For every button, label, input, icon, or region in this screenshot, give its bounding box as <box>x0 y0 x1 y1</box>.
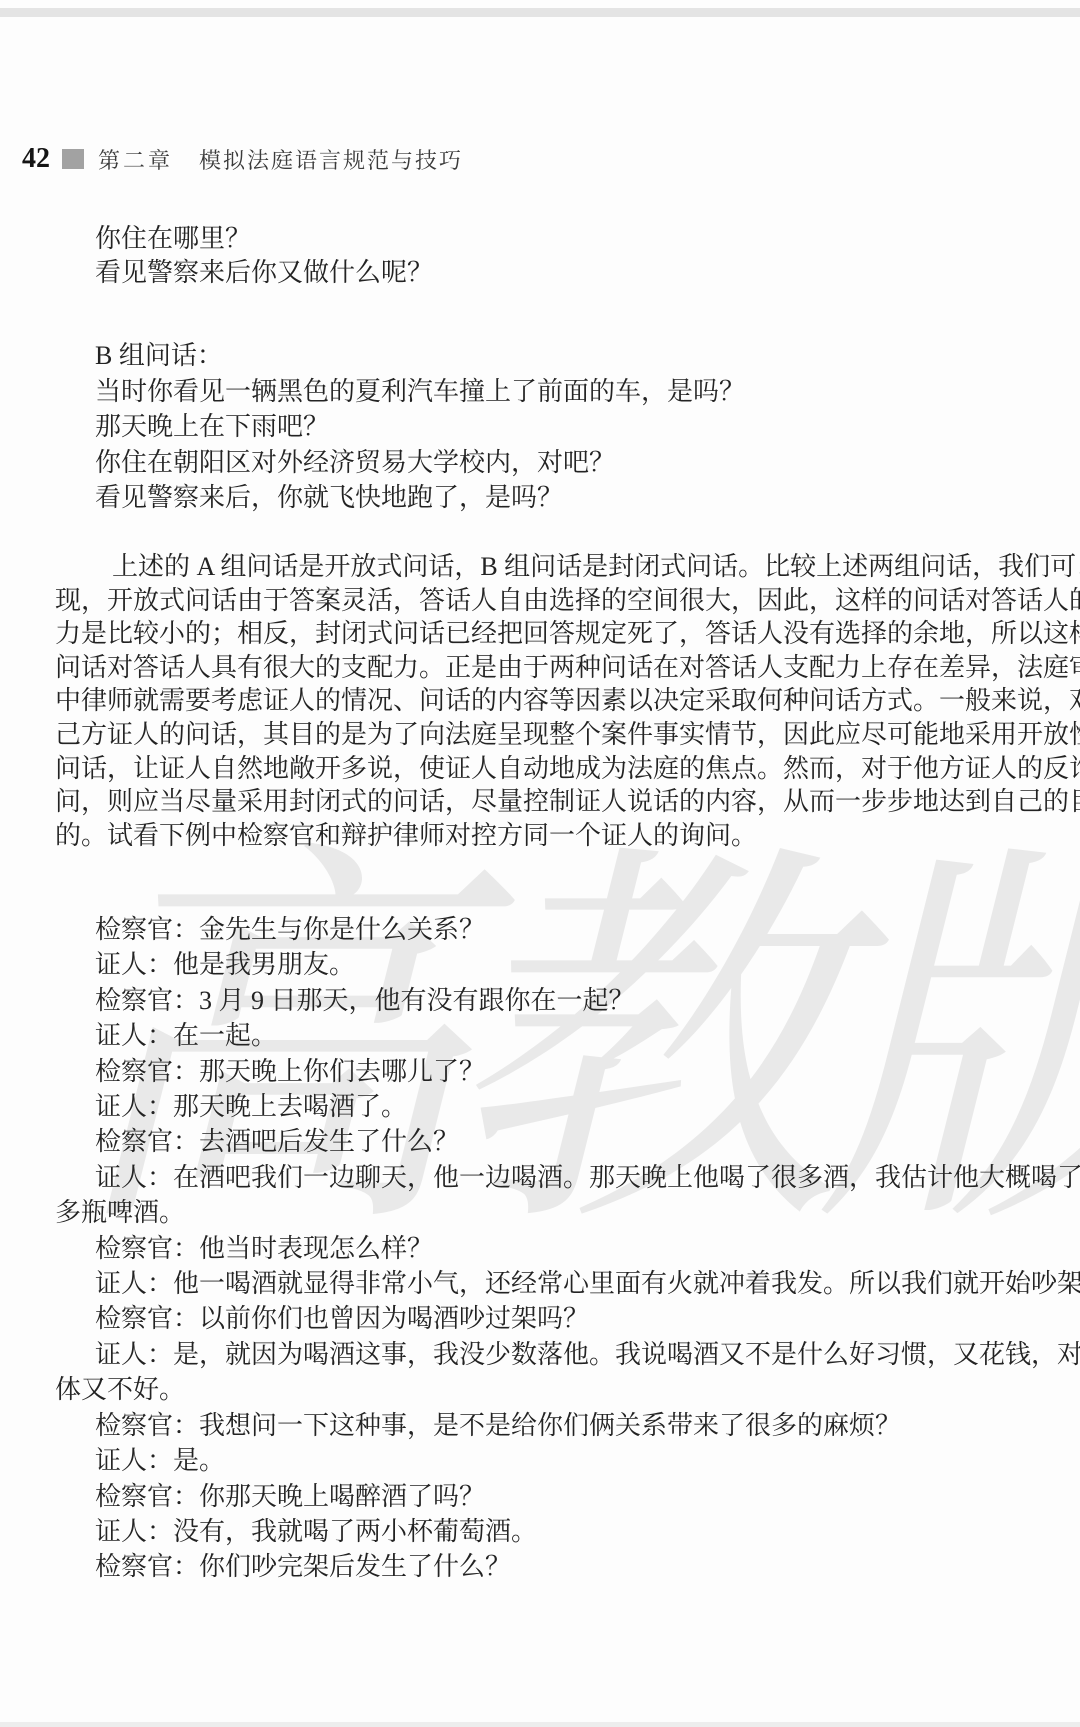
text-line: 检察官：那天晚上你们去哪儿了？ <box>95 1054 1035 1089</box>
examination-dialogue: 检察官：金先生与你是什么关系？证人：他是我男朋友。检察官：3 月 9 日那天，他… <box>55 912 1035 1585</box>
page-top-edge-strip <box>0 8 1080 17</box>
text-line: 检察官：3 月 9 日那天，他有没有跟你在一起？ <box>95 983 1035 1018</box>
text-line: 的。试看下例中检察官和辩护律师对控方同一个证人的询问。 <box>55 819 1035 853</box>
chapter-label: 第二章 <box>98 144 173 175</box>
text-line: 证人：他是我男朋友。 <box>95 947 1035 982</box>
text-line: 证人：那天晚上去喝酒了。 <box>95 1089 1035 1124</box>
text-line: 那天晚上在下雨吧？ <box>95 409 1035 445</box>
text-line: 多瓶啤酒。 <box>55 1195 1035 1230</box>
page-number: 42 <box>22 143 50 175</box>
text-line: 问话，让证人自然地敞开多说，使证人自动地成为法庭的焦点。然而，对于他方证人的反询 <box>55 752 1035 786</box>
text-line: 上述的 A 组问话是开放式问话，B 组问话是封闭式问话。比较上述两组问话，我们可… <box>55 550 1035 584</box>
text-line: 证人：在酒吧我们一边聊天，他一边喝酒。那天晚上他喝了很多酒，我估计他大概喝了十 <box>95 1160 1035 1195</box>
text-line: 证人：是，就因为喝酒这事，我没少数落他。我说喝酒又不是什么好习惯，又花钱，对身 <box>95 1337 1035 1372</box>
text-line: 检察官：去酒吧后发生了什么？ <box>95 1124 1035 1159</box>
text-line: 检察官：他当时表现怎么样？ <box>95 1231 1035 1266</box>
running-header: 42 第二章 模拟法庭语言规范与技巧 <box>22 143 463 175</box>
chapter-title: 模拟法庭语言规范与技巧 <box>199 144 463 175</box>
question-group-a: 你住在哪里？看见警察来后你又做什么呢？ <box>55 222 1035 290</box>
text-line: 你住在哪里？ <box>95 222 1035 256</box>
text-line: 看见警察来后，你就飞快地跑了，是吗？ <box>95 480 1035 516</box>
text-line: 看见警察来后你又做什么呢？ <box>95 256 1035 290</box>
text-line: 问，则应当尽量采用封闭式的问话，尽量控制证人说话的内容，从而一步步地达到自己的目 <box>55 785 1035 819</box>
text-line: 检察官：金先生与你是什么关系？ <box>95 912 1035 947</box>
text-line: 己方证人的问话，其目的是为了向法庭呈现整个案件事实情节，因此应尽可能地采用开放性… <box>55 718 1035 752</box>
text-line: 检察官：以前你们也曾因为喝酒吵过架吗？ <box>95 1301 1035 1336</box>
text-line: 检察官：你那天晚上喝醉酒了吗？ <box>95 1479 1035 1514</box>
text-line: 中律师就需要考虑证人的情况、问话的内容等因素以决定采取何种问话方式。一般来说，对… <box>55 684 1035 718</box>
text-line: 体又不好。 <box>55 1372 1035 1407</box>
text-line: 检察官：我想问一下这种事，是不是给你们俩关系带来了很多的麻烦？ <box>95 1408 1035 1443</box>
body-paragraph: 上述的 A 组问话是开放式问话，B 组问话是封闭式问话。比较上述两组问话，我们可… <box>55 550 1035 852</box>
text-line: 证人：在一起。 <box>95 1018 1035 1053</box>
text-line: 证人：是。 <box>95 1443 1035 1478</box>
text-line: 当时你看见一辆黑色的夏利汽车撞上了前面的车，是吗？ <box>95 374 1035 410</box>
text-line: 证人：他一喝酒就显得非常小气，还经常心里面有火就冲着我发。所以我们就开始吵架。 <box>95 1266 1035 1301</box>
text-line: B 组问话： <box>95 338 1035 374</box>
text-line: 问话对答话人具有很大的支配力。正是由于两种问话在对答话人支配力上存在差异，法庭审… <box>55 651 1035 685</box>
question-group-b: B 组问话：当时你看见一辆黑色的夏利汽车撞上了前面的车，是吗？那天晚上在下雨吧？… <box>55 338 1035 516</box>
book-page-scan: 高教版 42 第二章 模拟法庭语言规范与技巧 你住在哪里？看见警察来后你又做什么… <box>0 0 1080 1727</box>
page-bottom-edge-strip <box>0 1722 1080 1727</box>
text-line: 力是比较小的；相反，封闭式问话已经把回答规定死了，答话人没有选择的余地，所以这样… <box>55 617 1035 651</box>
text-line: 现，开放式问话由于答案灵活，答话人自由选择的空间很大，因此，这样的问话对答话人的… <box>55 584 1035 618</box>
section-marker-icon <box>62 149 84 169</box>
text-line: 证人：没有，我就喝了两小杯葡萄酒。 <box>95 1514 1035 1549</box>
text-line: 你住在朝阳区对外经济贸易大学校内，对吧？ <box>95 445 1035 481</box>
text-line: 检察官：你们吵完架后发生了什么？ <box>95 1549 1035 1584</box>
